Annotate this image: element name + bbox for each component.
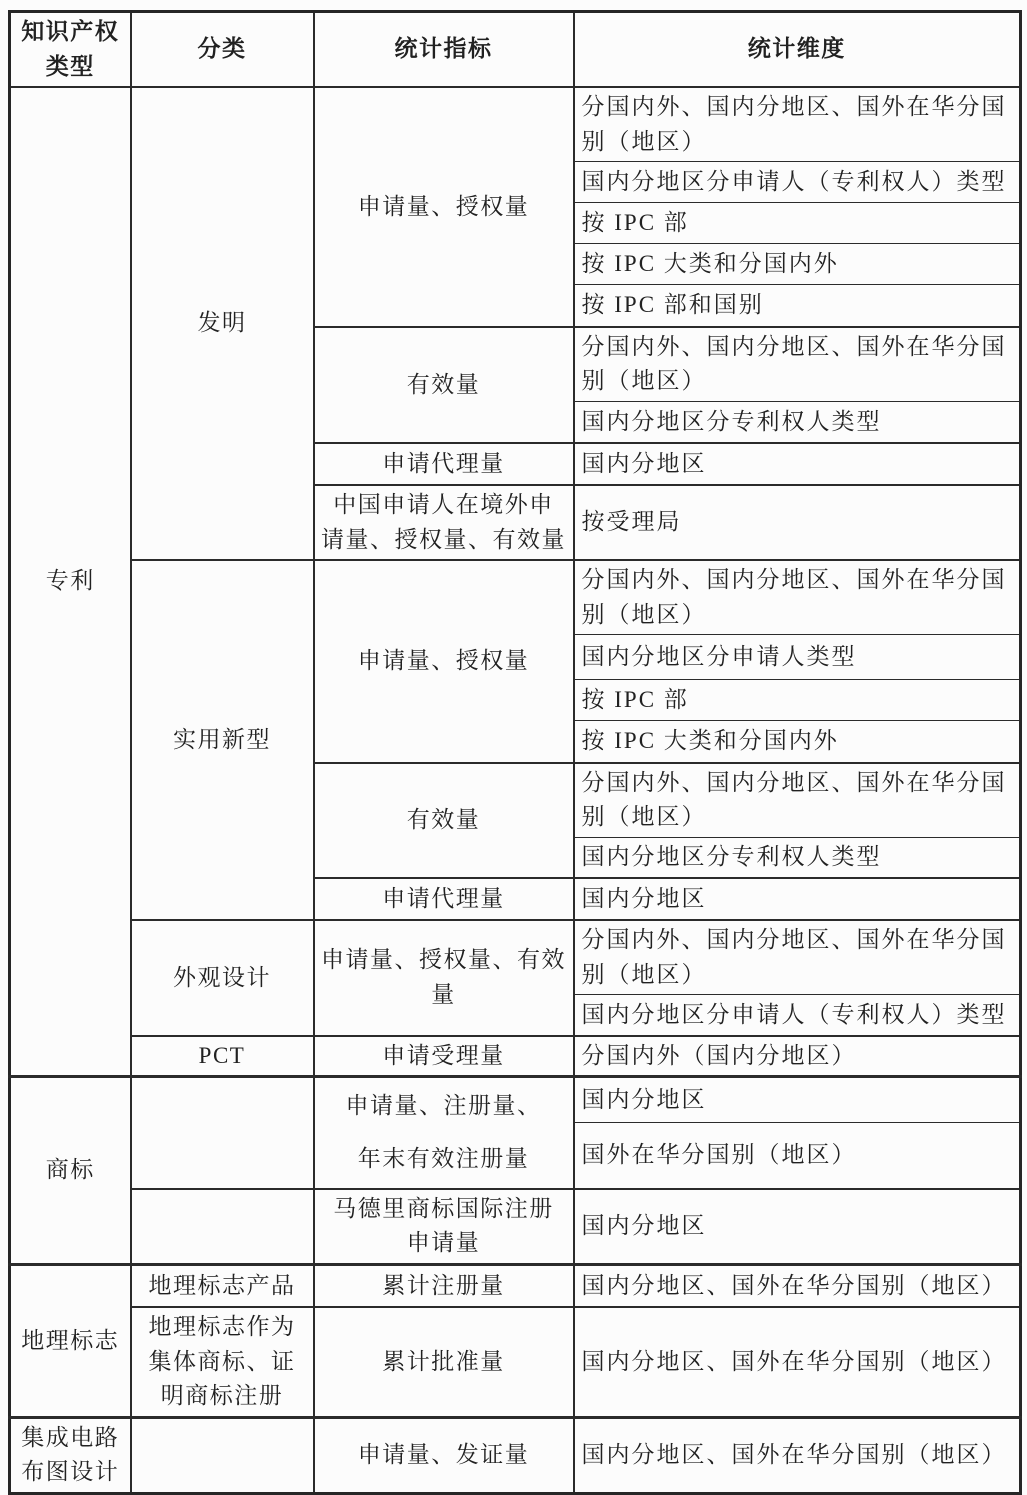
type-cell-patent: 专利	[10, 87, 131, 1077]
dimension-cell: 国内分地区分申请人（专利权人）类型	[574, 995, 1021, 1036]
table-row: 地理标志作为集体商标、证明商标注册 累计批准量 国内分地区、国外在华分国别（地区…	[10, 1307, 1021, 1417]
indicator-cell: 累计注册量	[314, 1264, 574, 1307]
dimension-cell: 国内分地区、国外在华分国别（地区）	[574, 1264, 1021, 1307]
dimension-cell: 分国内外、国内分地区、国外在华分国别（地区）	[574, 327, 1021, 402]
class-cell-gi-trademark: 地理标志作为集体商标、证明商标注册	[131, 1307, 314, 1417]
dimension-cell: 按受理局	[574, 485, 1021, 560]
dimension-cell: 按 IPC 部和国别	[574, 285, 1021, 327]
dimension-cell: 国内分地区	[574, 1189, 1021, 1265]
class-cell-empty	[131, 1189, 314, 1265]
class-cell-utility-model: 实用新型	[131, 560, 314, 920]
indicator-cell: 申请量、授权量	[314, 560, 574, 763]
indicator-cell: 申请代理量	[314, 443, 574, 485]
class-cell-empty	[131, 1417, 314, 1493]
type-cell-trademark: 商标	[10, 1077, 131, 1265]
class-cell-gi-product: 地理标志产品	[131, 1264, 314, 1307]
dimension-cell: 国内分地区、国外在华分国别（地区）	[574, 1307, 1021, 1417]
header-class: 分类	[131, 12, 314, 88]
indicator-cell: 累计批准量	[314, 1307, 574, 1417]
dimension-cell: 国内分地区分专利权人类型	[574, 401, 1021, 443]
table-row: PCT 申请受理量 分国内外（国内分地区）	[10, 1036, 1021, 1077]
indicator-cell: 有效量	[314, 327, 574, 444]
dimension-cell: 按 IPC 部	[574, 203, 1021, 244]
indicator-cell: 马德里商标国际注册 申请量	[314, 1189, 574, 1265]
ip-statistics-table: 知识产权类型 分类 统计指标 统计维度 专利 发明 申请量、授权量 分国内外、国…	[8, 10, 1022, 1495]
indicator-cell: 申请量、授权量	[314, 87, 574, 327]
table-row: 实用新型 申请量、授权量 分国内外、国内分地区、国外在华分国别（地区）	[10, 560, 1021, 635]
type-cell-ic-layout-design: 集成电路布图设计	[10, 1417, 131, 1493]
dimension-cell: 按 IPC 大类和分国内外	[574, 721, 1021, 763]
table-row: 专利 发明 申请量、授权量 分国内外、国内分地区、国外在华分国别（地区）	[10, 87, 1021, 162]
dimension-cell: 国内分地区分申请人（专利权人）类型	[574, 162, 1021, 203]
dimension-cell: 按 IPC 大类和分国内外	[574, 244, 1021, 285]
class-cell-pct: PCT	[131, 1036, 314, 1077]
indicator-cell: 有效量	[314, 763, 574, 879]
table-row: 马德里商标国际注册 申请量 国内分地区	[10, 1189, 1021, 1265]
table-row: 商标 申请量、注册量、 年末有效注册量 国内分地区	[10, 1077, 1021, 1123]
table-row: 外观设计 申请量、授权量、有效量 分国内外、国内分地区、国外在华分国别（地区）	[10, 920, 1021, 995]
indicator-cell: 申请量、注册量、 年末有效注册量	[314, 1077, 574, 1189]
indicator-cell: 中国申请人在境外申 请量、授权量、有效量	[314, 485, 574, 560]
table-row: 地理标志 地理标志产品 累计注册量 国内分地区、国外在华分国别（地区）	[10, 1264, 1021, 1307]
indicator-cell: 申请量、发证量	[314, 1417, 574, 1493]
class-cell-invention: 发明	[131, 87, 314, 560]
header-type: 知识产权类型	[10, 12, 131, 88]
dimension-cell: 国内分地区	[574, 878, 1021, 920]
dimension-cell: 国内分地区	[574, 443, 1021, 485]
header-indicator: 统计指标	[314, 12, 574, 88]
class-cell-design: 外观设计	[131, 920, 314, 1036]
dimension-cell: 分国内外、国内分地区、国外在华分国别（地区）	[574, 763, 1021, 838]
dimension-cell: 国内分地区	[574, 1077, 1021, 1123]
table-row: 集成电路布图设计 申请量、发证量 国内分地区、国外在华分国别（地区）	[10, 1417, 1021, 1493]
dimension-cell: 国内分地区分专利权人类型	[574, 837, 1021, 878]
dimension-cell: 按 IPC 部	[574, 680, 1021, 721]
dimension-cell: 分国内外（国内分地区）	[574, 1036, 1021, 1077]
indicator-cell: 申请量、授权量、有效量	[314, 920, 574, 1036]
dimension-cell: 分国内外、国内分地区、国外在华分国别（地区）	[574, 87, 1021, 162]
dimension-cell: 国外在华分国别（地区）	[574, 1123, 1021, 1189]
indicator-cell: 申请代理量	[314, 878, 574, 920]
class-cell-empty	[131, 1077, 314, 1189]
dimension-cell: 国内分地区分申请人类型	[574, 635, 1021, 680]
dimension-cell: 分国内外、国内分地区、国外在华分国别（地区）	[574, 920, 1021, 995]
dimension-cell: 国内分地区、国外在华分国别（地区）	[574, 1417, 1021, 1493]
header-row: 知识产权类型 分类 统计指标 统计维度	[10, 12, 1021, 88]
ip-statistics-table-container: 知识产权类型 分类 统计指标 统计维度 专利 发明 申请量、授权量 分国内外、国…	[8, 10, 1022, 1495]
indicator-cell: 申请受理量	[314, 1036, 574, 1077]
dimension-cell: 分国内外、国内分地区、国外在华分国别（地区）	[574, 560, 1021, 635]
header-dimension: 统计维度	[574, 12, 1021, 88]
type-cell-geographical-indication: 地理标志	[10, 1264, 131, 1417]
